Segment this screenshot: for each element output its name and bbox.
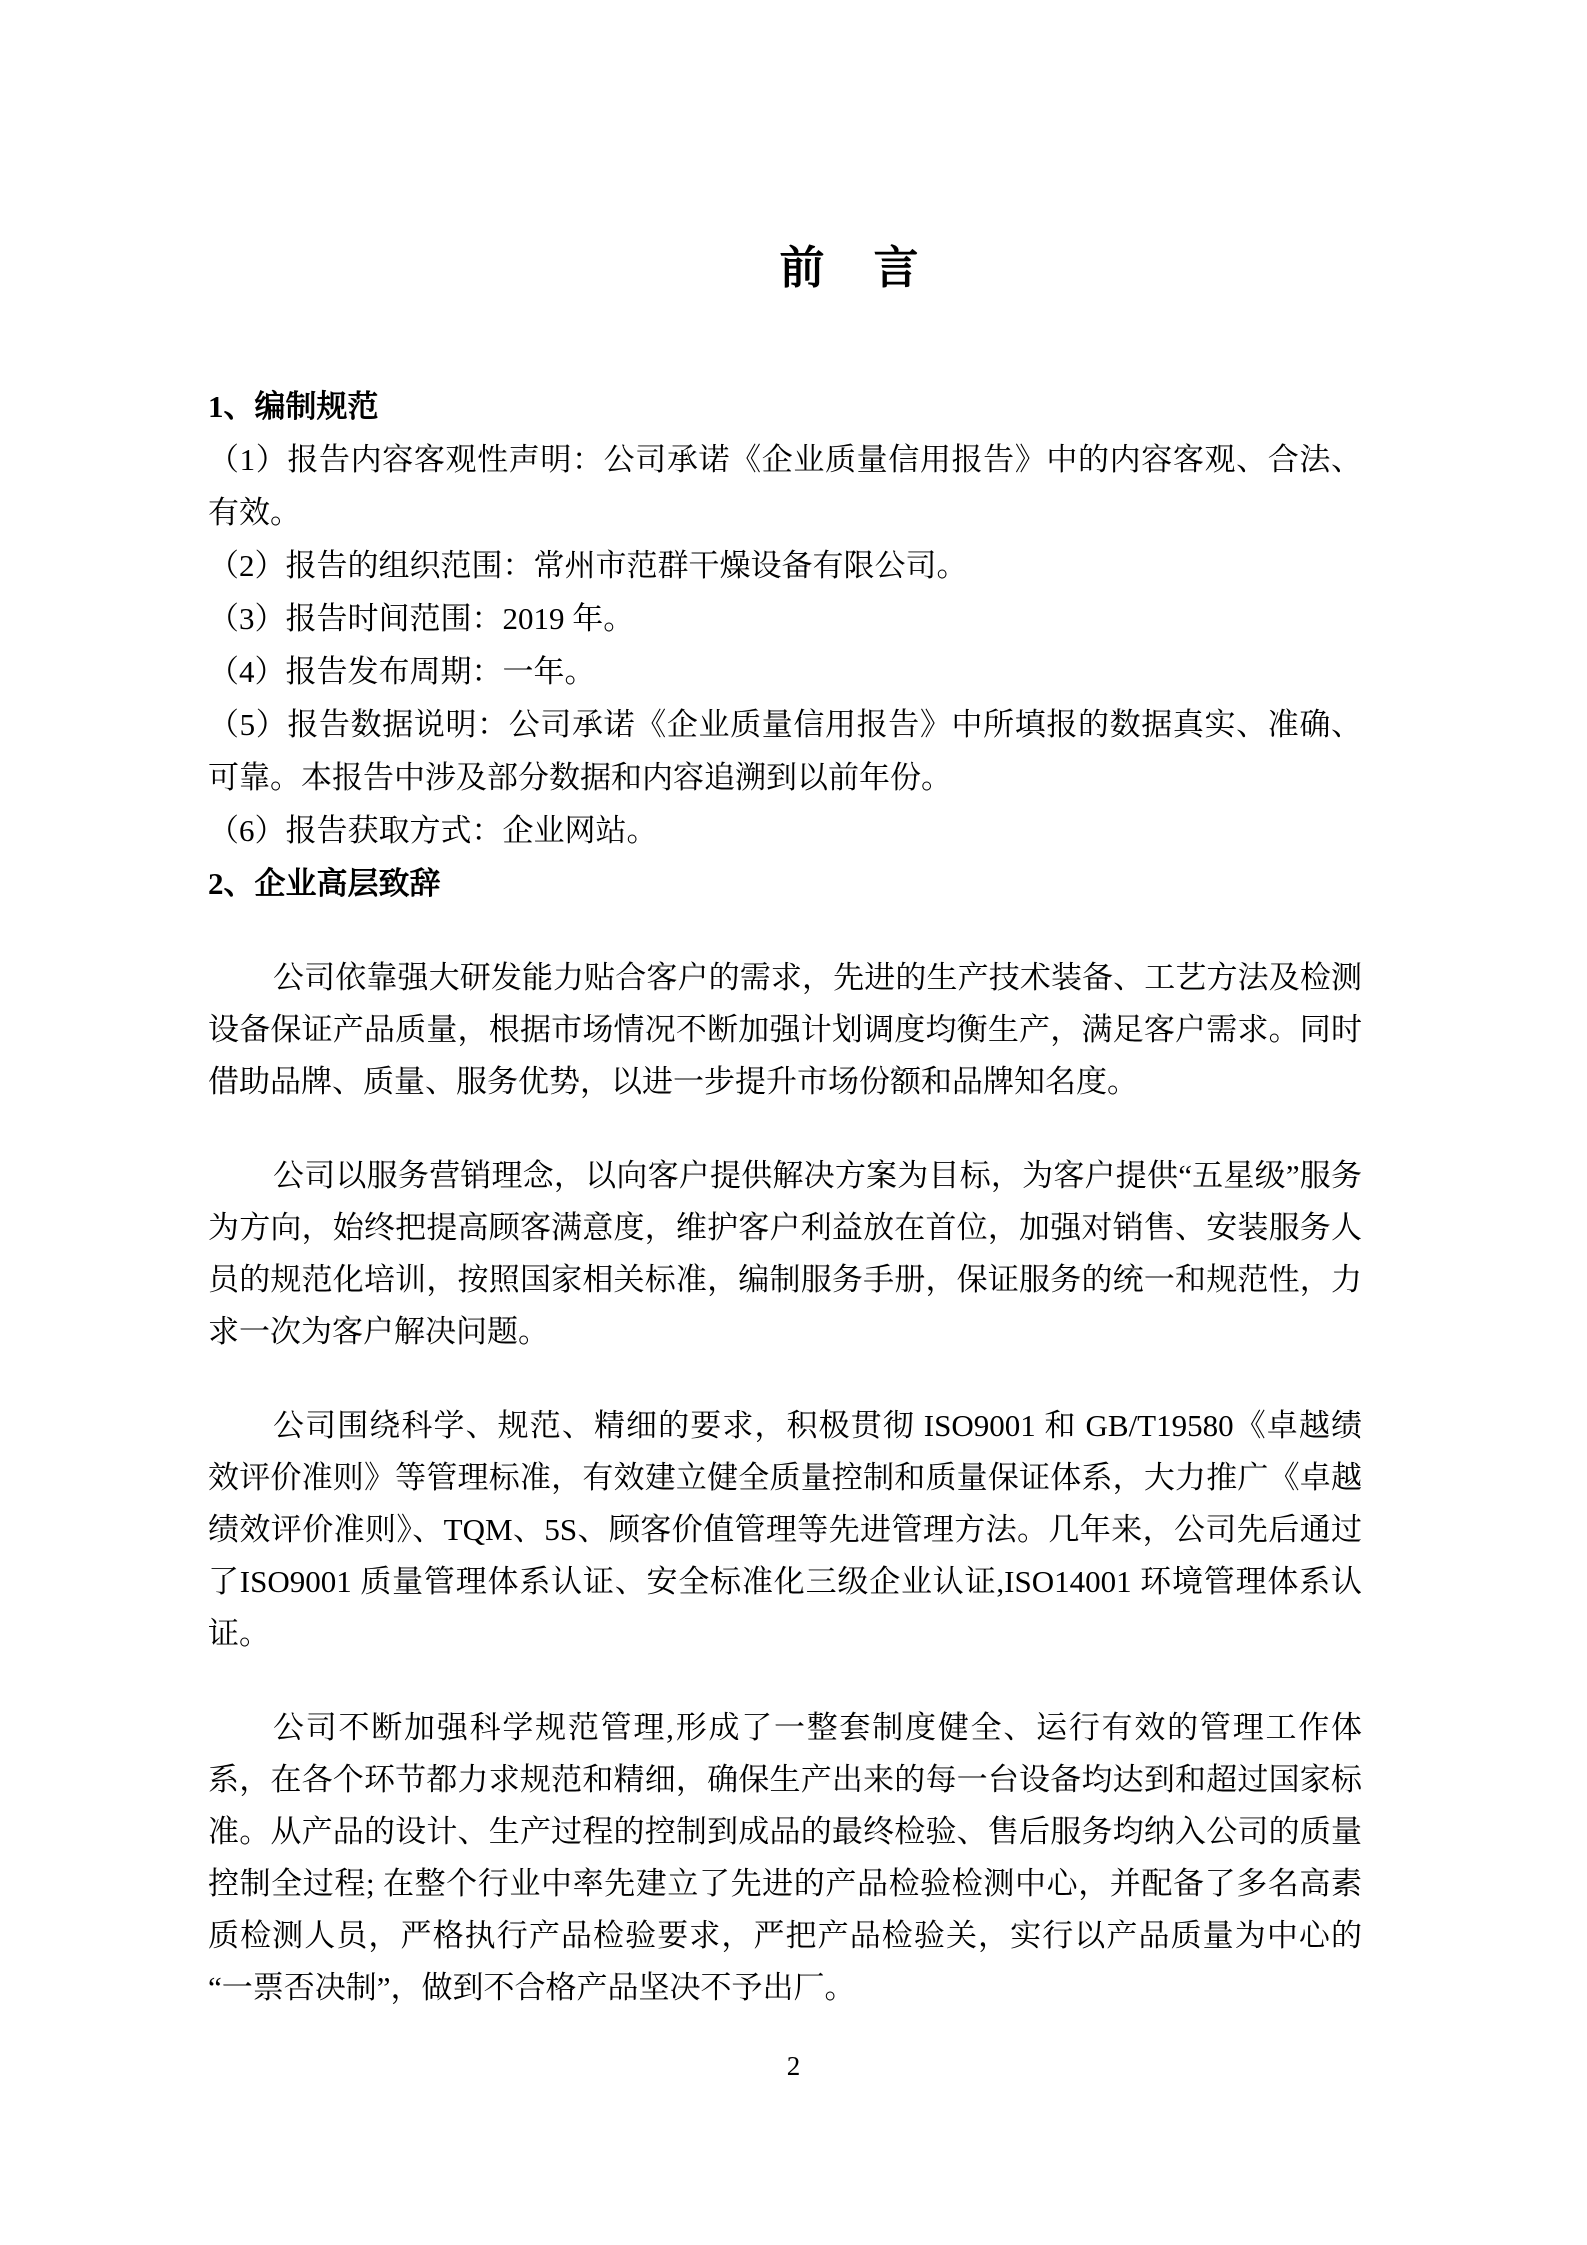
paragraph-3: 公司围绕科学、规范、精细的要求，积极贯彻 ISO9001 和 GB/T19580… — [208, 1400, 1362, 1660]
page-content: 前 言 1、编制规范 （1）报告内容客观性声明：公司承诺《企业质量信用报告》中的… — [208, 240, 1362, 2014]
page-number: 2 — [0, 2050, 1587, 2082]
list-item-4: （4）报告发布周期：一年。 — [208, 645, 1362, 698]
paragraph-2: 公司以服务营销理念，以向客户提供解决方案为目标，为客户提供“五星级”服务为方向，… — [208, 1150, 1362, 1358]
list-item-1: （1）报告内容客观性声明：公司承诺《企业质量信用报告》中的内容客观、合法、有效。 — [208, 433, 1362, 539]
list-item-2: （2）报告的组织范围：常州市范群干燥设备有限公司。 — [208, 539, 1362, 592]
list-item-3: （3）报告时间范围：2019 年。 — [208, 592, 1362, 645]
section-2-heading: 2、企业高层致辞 — [208, 857, 1362, 910]
section-executive-address: 2、企业高层致辞 公司依靠强大研发能力贴合客户的需求，先进的生产技术装备、工艺方… — [208, 857, 1362, 2014]
page-title: 前 言 — [208, 240, 1362, 296]
document-page: 前 言 1、编制规范 （1）报告内容客观性声明：公司承诺《企业质量信用报告》中的… — [0, 0, 1587, 2245]
paragraph-4: 公司不断加强科学规范管理,形成了一整套制度健全、运行有效的管理工作体系，在各个环… — [208, 1702, 1362, 2014]
paragraph-1: 公司依靠强大研发能力贴合客户的需求，先进的生产技术装备、工艺方法及检测设备保证产… — [208, 952, 1362, 1108]
section-1-heading: 1、编制规范 — [208, 380, 1362, 433]
section-compilation-standards: 1、编制规范 （1）报告内容客观性声明：公司承诺《企业质量信用报告》中的内容客观… — [208, 380, 1362, 857]
list-item-5: （5）报告数据说明：公司承诺《企业质量信用报告》中所填报的数据真实、准确、可靠。… — [208, 698, 1362, 804]
list-item-6: （6）报告获取方式：企业网站。 — [208, 804, 1362, 857]
